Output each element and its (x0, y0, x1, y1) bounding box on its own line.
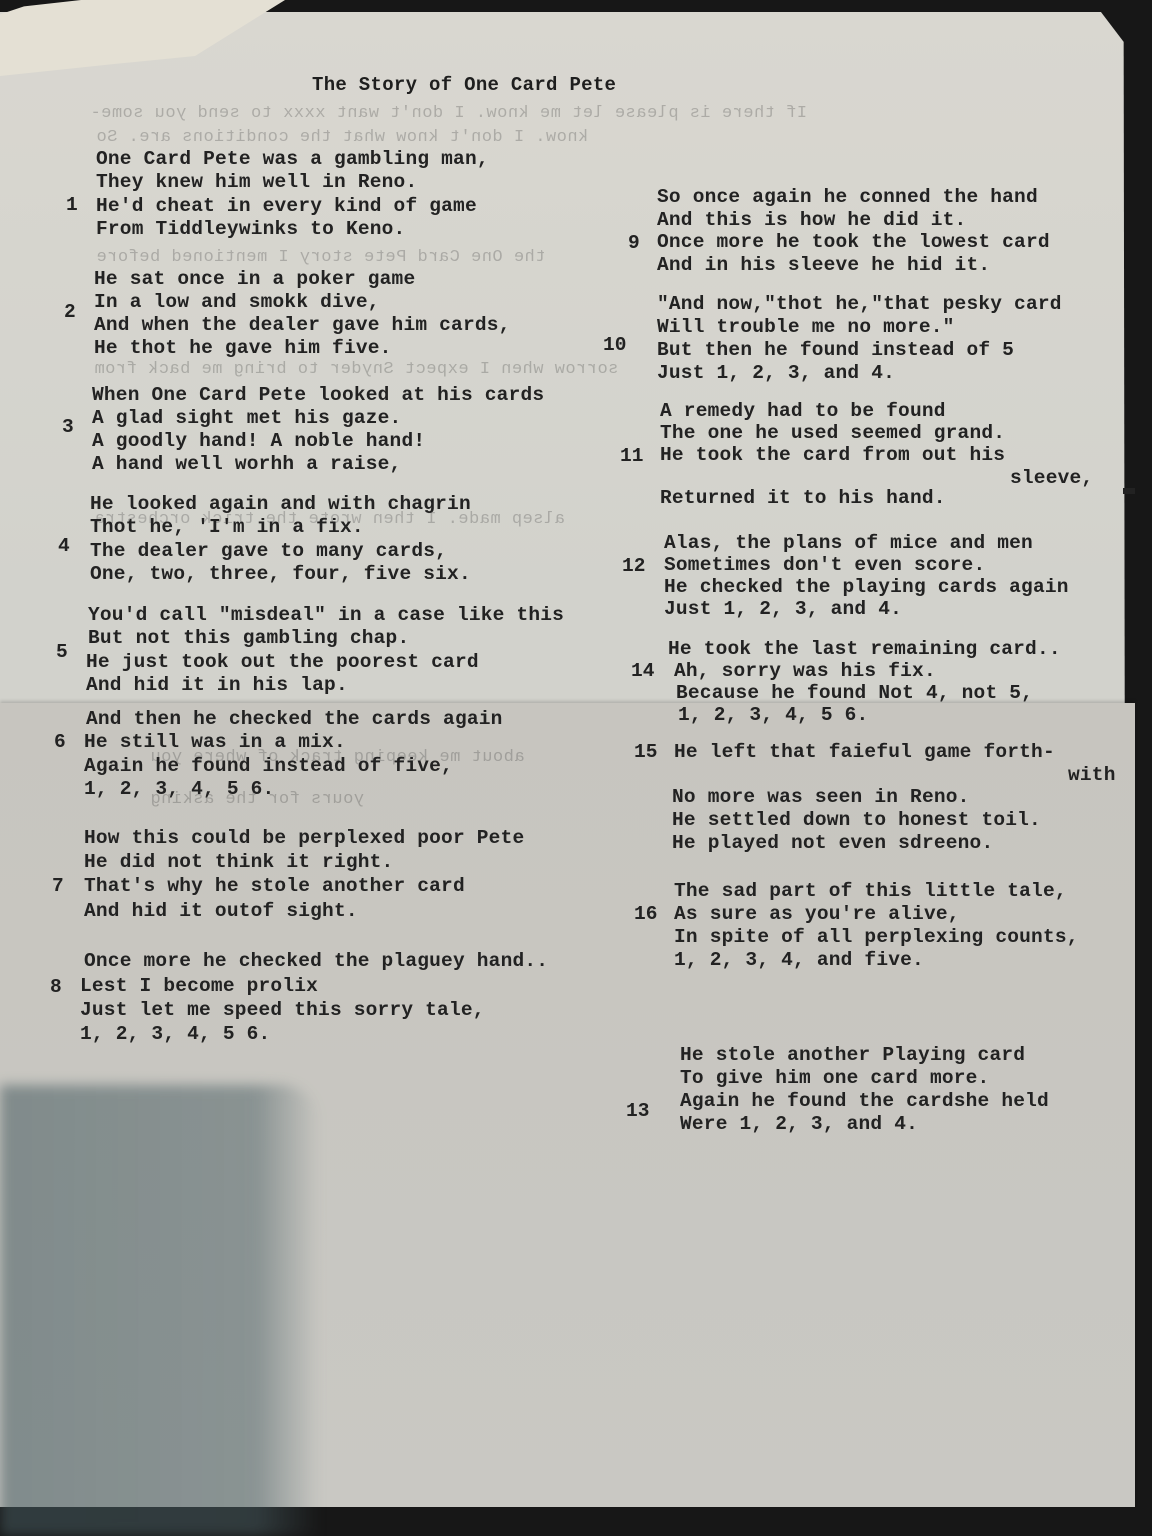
stanza-number: 7 (52, 875, 64, 897)
bleed-through-line: know. I don't know what the conditions a… (96, 128, 588, 147)
poem-line: And this is how he did it. (657, 209, 966, 231)
poem-line: 1, 2, 3, 4, 5 6. (84, 778, 274, 800)
poem-line: You'd call "misdeal" in a case like this (88, 604, 564, 626)
poem-line: The one he used seemed grand. (660, 422, 1005, 444)
poem-line: He played not even sdreeno. (672, 832, 993, 854)
poem-line: Sometimes don't even score. (664, 554, 985, 576)
poem-line: Thot he, 'I'm in a fix. (90, 516, 364, 538)
poem-line: So once again he conned the hand (657, 186, 1038, 208)
poem-line: He took the card from out his (660, 444, 1005, 466)
poem-line: But not this gambling chap. (88, 627, 409, 649)
page-title: The Story of One Card Pete (312, 74, 616, 96)
poem-line: Alas, the plans of mice and men (664, 532, 1033, 554)
poem-line: He settled down to honest toil. (672, 809, 1041, 831)
poem-line: "And now,"thot he,"that pesky card (657, 293, 1062, 315)
poem-line: And in his sleeve he hid it. (657, 254, 990, 276)
bleed-through-line: the One Card Pete story I mentioned befo… (96, 248, 545, 267)
poem-line: The dealer gave to many cards, (90, 540, 447, 562)
poem-line: No more was seen in Reno. (672, 786, 970, 808)
stanza-number: 3 (62, 416, 74, 438)
stanza-number: 2 (64, 301, 76, 323)
poem-line: And hid it in his lap. (86, 674, 348, 696)
poem-line: In a low and smokk dive, (94, 291, 380, 313)
bleed-through-line: sorrow when I expect Snyder to bring me … (94, 360, 618, 379)
poem-line: How this could be perplexed poor Pete (84, 827, 524, 849)
poem-line: A remedy had to be found (660, 400, 946, 422)
poem-line: He thot he gave him five. (94, 337, 392, 359)
stanza-number: 12 (622, 555, 645, 577)
poem-line: One, two, three, four, five six. (90, 563, 471, 585)
poem-line: He looked again and with chagrin (90, 493, 471, 515)
poem-line: Once more he took the lowest card (657, 231, 1050, 253)
poem-line: And hid it outof sight. (84, 900, 358, 922)
poem-line: 1, 2, 3, 4, and five. (674, 949, 924, 971)
poem-line: Were 1, 2, 3, and 4. (680, 1113, 918, 1135)
stanza-number: 5 (56, 641, 68, 663)
poem-line: Ah, sorry was his fix. (674, 660, 936, 682)
poem-line: But then he found instead of 5 (657, 339, 1014, 361)
poem-line: In spite of all perplexing counts, (674, 926, 1079, 948)
poem-line: That's why he stole another card (84, 875, 465, 897)
poem-line: He'd cheat in every kind of game (96, 195, 477, 217)
poem-line: As sure as you're alive, (674, 903, 960, 925)
poem-line: A hand well worhh a raise, (92, 453, 401, 475)
poem-line: Lest I become prolix (80, 975, 318, 997)
poem-line: One Card Pete was a gambling man, (96, 148, 489, 170)
stanza-number: 9 (628, 232, 640, 254)
poem-line: Again he found the cardshe held (680, 1090, 1049, 1112)
poem-line: The sad part of this little tale, (674, 880, 1067, 902)
poem-line: To give him one card more. (680, 1067, 989, 1089)
poem-line: Once more he checked the plaguey hand.. (84, 950, 548, 972)
poem-line: 1, 2, 3, 4, 5 6. (678, 704, 868, 726)
poem-line: Again he found instead of five, (84, 755, 453, 777)
poem-line: He checked the playing cards again (664, 576, 1069, 598)
poem-line: sleeve, (1010, 467, 1093, 489)
poem-line: A glad sight met his gaze. (92, 407, 401, 429)
poem-line: Just let me speed this sorry tale, (80, 999, 485, 1021)
stanza-number: 4 (58, 535, 70, 557)
poem-line: They knew him well in Reno. (96, 171, 417, 193)
poem-line: He stole another Playing card (680, 1044, 1025, 1066)
poem-line: Will trouble me no more." (657, 316, 955, 338)
poem-line: He still was in a mix. (84, 731, 346, 753)
poem-line: Just 1, 2, 3, and 4. (657, 362, 895, 384)
stanza-number: 14 (631, 660, 654, 682)
edge-mark (1123, 488, 1135, 494)
stanza-number: 11 (620, 445, 643, 467)
stanza-number: 8 (50, 976, 62, 998)
stanza-number: 16 (634, 903, 657, 925)
poem-line: He just took out the poorest card (86, 651, 479, 673)
poem-line: with (1068, 764, 1116, 786)
stanza-number: 6 (54, 731, 66, 753)
poem-line: When One Card Pete looked at his cards (92, 384, 544, 406)
stanza-number: 1 (66, 194, 78, 216)
poem-line: He did not think it right. (84, 851, 393, 873)
poem-line: And when the dealer gave him cards, (94, 314, 511, 336)
poem-line: He left that faieful game forth- (674, 741, 1055, 763)
stanza-number: 13 (626, 1100, 649, 1122)
bleed-through-line: If there is please let me know. I don't … (90, 104, 807, 123)
poem-line: From Tiddleywinks to Keno. (96, 218, 405, 240)
poem-line: Just 1, 2, 3, and 4. (664, 598, 902, 620)
poem-line: And then he checked the cards again (86, 708, 503, 730)
poem-line: 1, 2, 3, 4, 5 6. (80, 1023, 270, 1045)
stanza-number: 15 (634, 741, 657, 763)
poem-line: He sat once in a poker game (94, 268, 415, 290)
stanza-number: 10 (603, 334, 626, 356)
poem-line: A goodly hand! A noble hand! (92, 430, 425, 452)
poem-line: Returned it to his hand. (660, 487, 946, 509)
hand-shadow (0, 1085, 320, 1536)
poem-line: Because he found Not 4, not 5, (676, 682, 1033, 704)
poem-line: He took the last remaining card.. (668, 638, 1061, 660)
